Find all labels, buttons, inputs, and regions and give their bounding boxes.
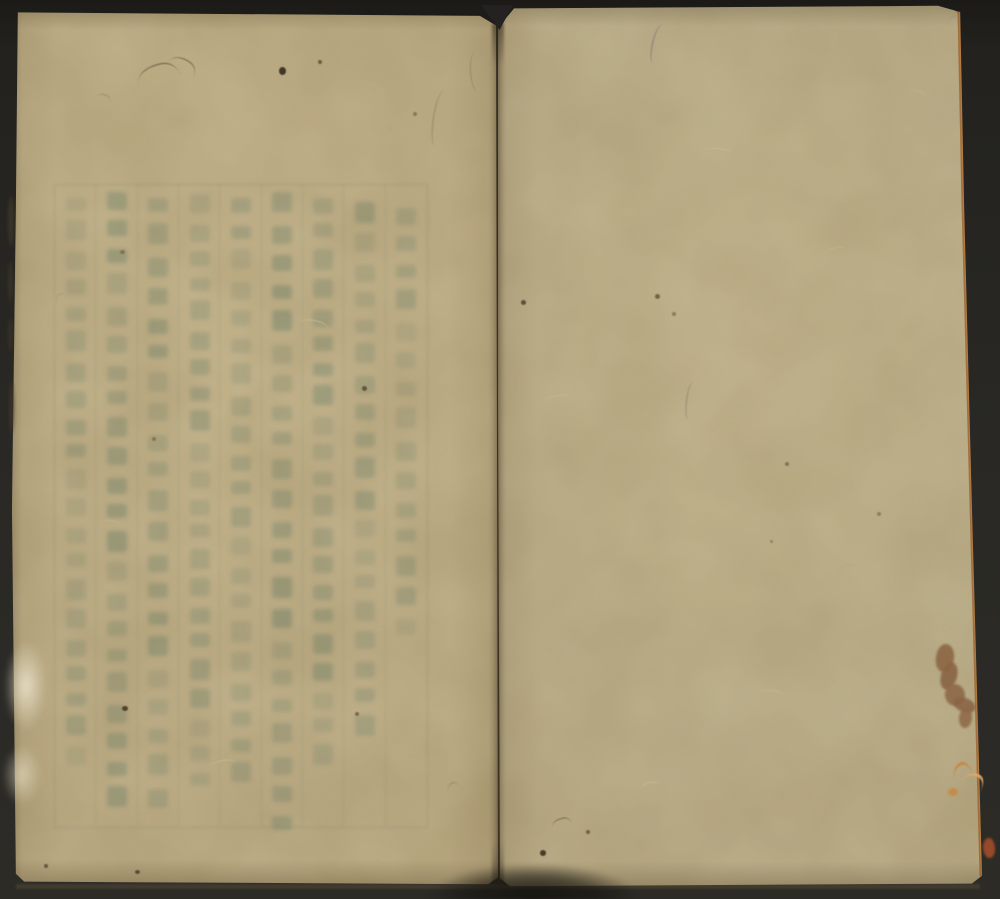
center-fold-crease <box>492 24 504 884</box>
ghost-character <box>355 343 375 363</box>
ghost-character <box>272 723 292 743</box>
fore-edge-stain-line <box>498 4 984 888</box>
ghost-character <box>396 208 416 225</box>
ghost-character <box>355 202 375 223</box>
ghost-character <box>231 310 251 326</box>
ghost-character <box>355 631 375 649</box>
binding-smudge <box>8 196 14 246</box>
ghost-character <box>107 672 127 692</box>
ghost-character <box>148 729 168 743</box>
ghost-character <box>148 612 168 625</box>
ghost-character <box>66 444 86 457</box>
ghost-character <box>396 407 416 428</box>
ghost-character <box>190 689 210 708</box>
ghost-character <box>190 578 210 596</box>
ghost-character <box>107 733 127 749</box>
ghost-character <box>313 385 333 405</box>
ghost-character <box>66 307 86 321</box>
ghost-character <box>66 693 86 706</box>
ghost-character <box>190 773 210 786</box>
ghost-character <box>66 747 86 765</box>
ghost-character <box>355 433 375 447</box>
ghost-character <box>396 236 416 251</box>
ghost-character <box>148 789 168 808</box>
ghost-character <box>107 391 127 404</box>
ghost-character <box>355 404 375 420</box>
ghost-character <box>190 251 210 266</box>
ghost-character <box>231 568 251 584</box>
ghost-character <box>107 447 127 465</box>
ghost-character <box>313 585 333 600</box>
ghost-text-column <box>188 194 210 795</box>
ghost-character <box>66 252 86 270</box>
ghost-character <box>272 577 292 598</box>
ghost-character <box>272 345 292 364</box>
ghost-character <box>355 550 375 565</box>
ghost-character <box>107 562 127 581</box>
ghost-character <box>190 659 210 680</box>
ghost-character <box>107 192 127 210</box>
ghost-character <box>231 282 251 300</box>
ghost-character <box>148 522 168 541</box>
ghost-character <box>313 279 333 298</box>
ghost-character <box>272 226 292 244</box>
ghost-character <box>66 391 86 408</box>
ghost-character <box>107 594 127 611</box>
ghost-character <box>272 670 292 685</box>
ghost-character <box>272 192 292 212</box>
ghost-character <box>190 500 210 515</box>
ghost-character <box>272 549 292 563</box>
ghost-text-column <box>394 208 416 646</box>
ghost-column-rule <box>95 184 96 826</box>
ghost-character <box>231 226 251 239</box>
ghost-character <box>313 198 333 214</box>
ghost-character <box>107 220 127 236</box>
ghost-character <box>190 387 210 401</box>
ghost-text-frame <box>54 184 428 828</box>
ghost-character <box>107 786 127 807</box>
ghost-character <box>66 609 86 628</box>
left-page-edge-shading <box>10 8 498 886</box>
ghost-character <box>231 684 251 701</box>
ghost-character <box>355 662 375 678</box>
ghost-character <box>355 520 375 537</box>
ghost-character <box>396 265 416 278</box>
ghost-text-column <box>353 202 375 746</box>
ghost-character <box>396 556 416 576</box>
ghost-character <box>66 640 86 657</box>
ghost-character <box>66 220 86 240</box>
ghost-character <box>231 762 251 782</box>
ghost-character <box>66 553 86 567</box>
ghost-character <box>231 507 251 527</box>
bottom-gutter-shadow <box>428 864 638 899</box>
ghost-character <box>313 528 333 547</box>
ghost-character <box>313 249 333 270</box>
ghost-character <box>396 503 416 518</box>
binding-smudge <box>8 318 13 352</box>
ghost-character <box>148 372 168 392</box>
ghost-character <box>272 522 292 538</box>
ghost-character <box>272 757 292 775</box>
ghost-character <box>355 601 375 621</box>
ghost-character <box>148 435 168 451</box>
ghost-character <box>355 376 375 394</box>
ghost-character <box>107 417 127 437</box>
ghost-character <box>355 292 375 307</box>
ghost-character <box>66 363 86 382</box>
red-edge-mark <box>981 837 996 859</box>
ghost-character <box>231 594 251 608</box>
ghost-character <box>107 478 127 494</box>
ghost-character <box>272 642 292 659</box>
paper-grain-texture <box>498 4 984 888</box>
show-through-text-layer <box>10 8 498 886</box>
ghost-character <box>148 754 168 775</box>
paper-mottle-texture <box>10 8 498 886</box>
ghost-character <box>190 332 210 350</box>
right-page <box>498 4 984 888</box>
ghost-character <box>66 420 86 435</box>
paper-grain-texture <box>10 8 498 886</box>
ghost-character <box>272 285 292 299</box>
ghost-character <box>272 406 292 421</box>
ghost-character <box>190 524 210 537</box>
ghost-column-rule <box>219 184 220 826</box>
ghost-character <box>355 457 375 478</box>
ghost-character <box>190 300 210 320</box>
ghost-character <box>66 198 86 211</box>
ghost-character <box>231 363 251 384</box>
ghost-character <box>313 472 333 486</box>
ghost-character <box>190 194 210 213</box>
ghost-character <box>66 469 86 489</box>
ghost-character <box>272 255 292 271</box>
left-page <box>10 8 498 886</box>
ghost-character <box>107 504 127 518</box>
ghost-character <box>396 529 416 542</box>
ghost-text-column <box>146 198 168 819</box>
ghost-character <box>272 310 292 331</box>
ghost-column-rule <box>385 184 386 826</box>
ghost-character <box>231 621 251 642</box>
ghost-character <box>107 621 127 636</box>
ghost-character <box>396 442 416 461</box>
book-scan <box>0 0 1000 899</box>
ghost-character <box>313 609 333 622</box>
ghost-character <box>396 382 416 396</box>
ghost-character <box>148 555 168 572</box>
ghost-character <box>190 746 210 761</box>
ghost-text-column <box>311 198 333 774</box>
paper-mottle-texture <box>498 4 984 888</box>
ghost-character <box>107 705 127 723</box>
ghost-character <box>396 587 416 605</box>
ghost-character <box>190 410 210 431</box>
ghost-character <box>313 663 333 681</box>
ghost-character <box>66 498 86 516</box>
ghost-character <box>148 223 168 244</box>
ghost-column-rule <box>137 184 138 826</box>
ghost-character <box>66 579 86 600</box>
ghost-character <box>190 633 210 647</box>
ghost-character <box>355 320 375 333</box>
right-page-edge-shading <box>498 4 984 888</box>
ghost-character <box>107 307 127 326</box>
ghost-text-column <box>64 198 86 774</box>
ghost-character <box>313 495 333 516</box>
ghost-character <box>272 375 292 392</box>
ghost-text-column <box>229 198 251 795</box>
ghost-character <box>272 459 292 479</box>
ghost-character <box>231 249 251 269</box>
ghost-character <box>66 666 86 681</box>
ghost-character <box>272 786 292 802</box>
ghost-character <box>231 481 251 494</box>
ghost-character <box>272 816 292 830</box>
ghost-character <box>107 273 127 294</box>
ghost-character <box>66 715 86 735</box>
ghost-character <box>148 699 168 715</box>
ghost-character <box>355 491 375 510</box>
ghost-character <box>231 537 251 555</box>
ghost-character <box>313 310 333 327</box>
ghost-text-column <box>105 192 127 820</box>
ghost-character <box>355 715 375 736</box>
ghost-character <box>107 336 127 353</box>
ghost-text-column <box>270 192 292 841</box>
ghost-character <box>190 225 210 242</box>
binding-smudge <box>8 262 13 302</box>
ghost-character <box>231 711 251 726</box>
ghost-character <box>231 652 251 671</box>
ghost-character <box>148 258 168 277</box>
ghost-character <box>313 223 333 237</box>
ghost-character <box>148 288 168 305</box>
ghost-character <box>148 319 168 334</box>
ghost-column-rule <box>343 184 344 826</box>
ghost-character <box>313 718 333 732</box>
ghost-column-rule <box>302 184 303 826</box>
ghost-column-rule <box>178 184 179 826</box>
ghost-character <box>148 583 168 598</box>
ghost-character <box>107 531 127 552</box>
ghost-character <box>231 426 251 443</box>
ghost-character <box>313 444 333 460</box>
ghost-character <box>396 472 416 489</box>
ghost-character <box>148 670 168 688</box>
ghost-character <box>148 636 168 656</box>
ghost-character <box>313 744 333 765</box>
ghost-character <box>190 471 210 488</box>
ghost-character <box>355 265 375 282</box>
ghost-character <box>313 336 333 351</box>
ghost-character <box>313 363 333 376</box>
ghost-character <box>355 688 375 702</box>
ghost-character <box>313 634 333 654</box>
ghost-character <box>272 432 292 445</box>
ghost-character <box>66 279 86 295</box>
ghost-character <box>148 198 168 212</box>
ghost-character <box>66 330 86 351</box>
ghost-character <box>272 490 292 508</box>
ghost-character <box>148 345 168 358</box>
ghost-character <box>148 490 168 511</box>
ghost-character <box>396 289 416 309</box>
ghost-character <box>313 556 333 573</box>
ghost-character <box>355 233 375 252</box>
ghost-character <box>107 762 127 776</box>
ghost-character <box>107 649 127 662</box>
ghost-character <box>231 339 251 353</box>
ghost-character <box>190 278 210 291</box>
ghost-character <box>355 575 375 588</box>
ghost-character <box>313 417 333 435</box>
ghost-character <box>272 699 292 712</box>
ghost-character <box>272 609 292 628</box>
ghost-character <box>148 462 168 476</box>
ghost-column-rule <box>261 184 262 826</box>
ghost-character <box>396 323 416 341</box>
ghost-character <box>396 619 416 635</box>
ghost-character <box>66 528 86 544</box>
ghost-character <box>231 397 251 416</box>
ghost-character <box>190 549 210 569</box>
ghost-character <box>190 359 210 375</box>
ghost-character <box>148 403 168 421</box>
ghost-character <box>231 198 251 213</box>
ghost-character <box>190 720 210 737</box>
ghost-character <box>231 456 251 471</box>
ghost-character <box>396 352 416 368</box>
ghost-character <box>107 366 127 381</box>
ghost-character <box>107 249 127 263</box>
ghost-character <box>190 608 210 624</box>
ghost-character <box>190 443 210 462</box>
ghost-character <box>313 693 333 709</box>
ghost-character <box>231 739 251 752</box>
